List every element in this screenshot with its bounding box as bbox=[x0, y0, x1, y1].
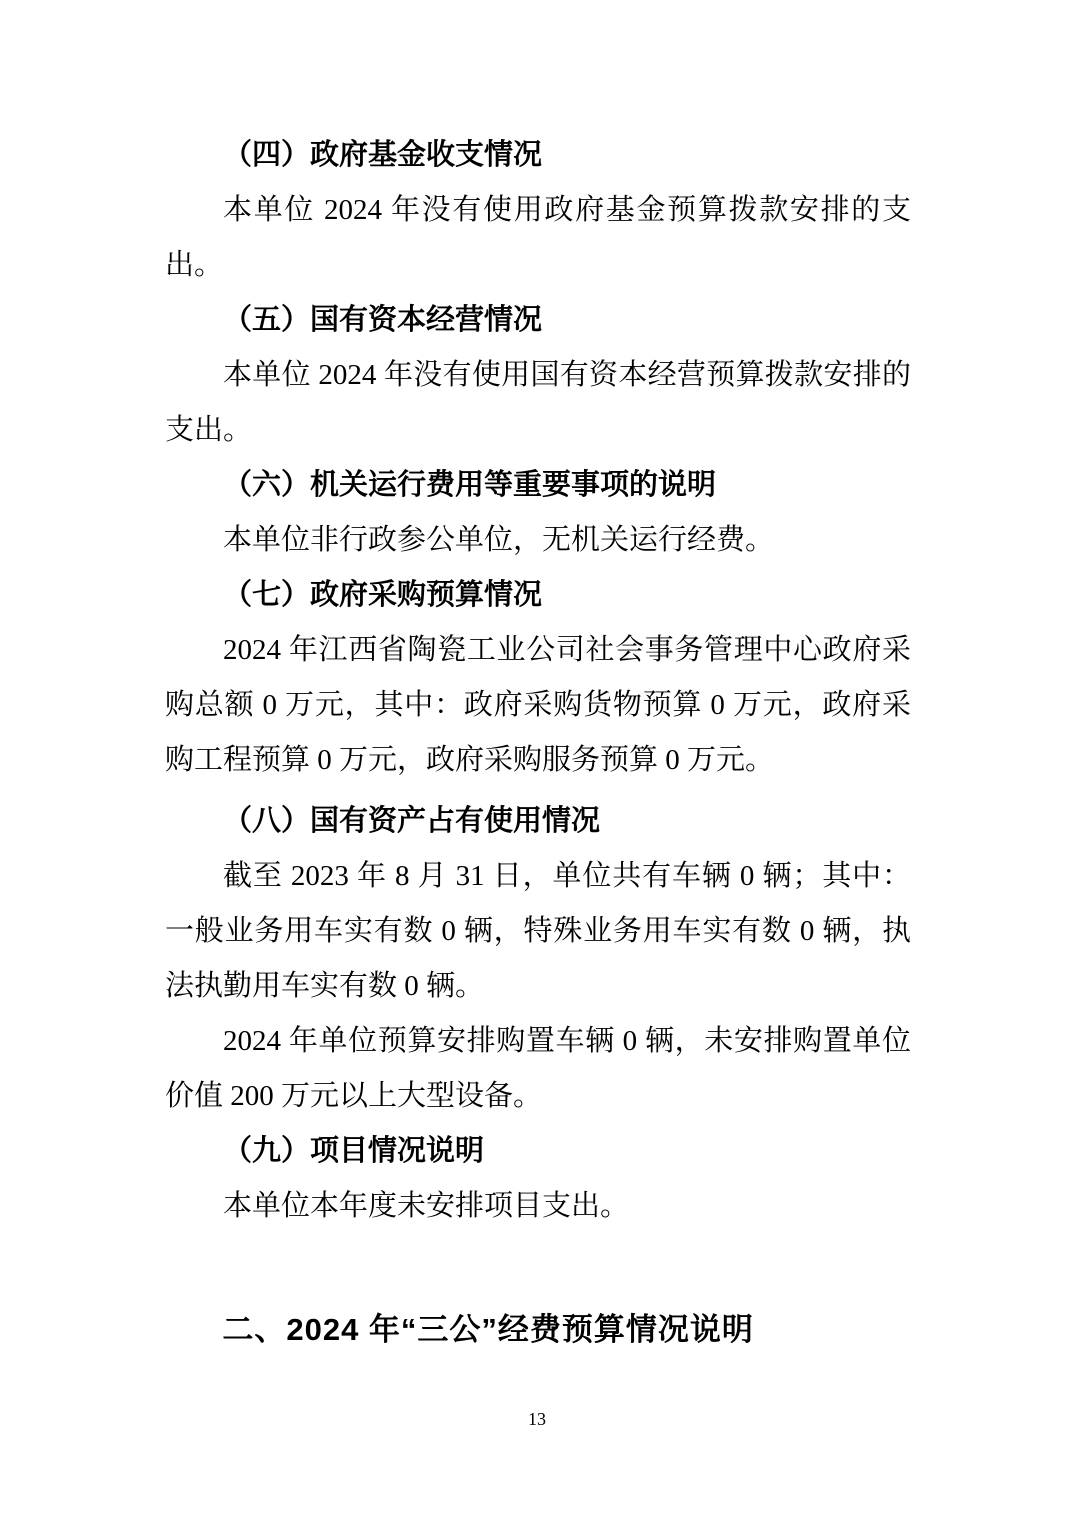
major-heading-three-public-funds: 二、2024 年“三公”经费预算情况说明 bbox=[165, 1302, 911, 1358]
document-page: （四）政府基金收支情况 本单位 2024 年没有使用政府基金预算拨款安排的支出。… bbox=[0, 0, 1074, 1520]
paragraph-government-fund: 本单位 2024 年没有使用政府基金预算拨款安排的支出。 bbox=[165, 183, 911, 293]
section-heading-five: （五）国有资本经营情况 bbox=[165, 293, 911, 348]
section-heading-seven: （七）政府采购预算情况 bbox=[165, 568, 911, 623]
paragraph-agency-operating-cost: 本单位非行政参公单位，无机关运行经费。 bbox=[165, 513, 911, 568]
page-number: 13 bbox=[0, 1409, 1074, 1430]
document-content: （四）政府基金收支情况 本单位 2024 年没有使用政府基金预算拨款安排的支出。… bbox=[165, 128, 911, 1358]
section-heading-eight: （八）国有资产占有使用情况 bbox=[165, 794, 911, 849]
section-heading-six: （六）机关运行费用等重要事项的说明 bbox=[165, 458, 911, 513]
paragraph-state-capital: 本单位 2024 年没有使用国有资本经营预算拨款安排的支出。 bbox=[165, 348, 911, 458]
section-heading-nine: （九）项目情况说明 bbox=[165, 1124, 911, 1179]
paragraph-project-expenditure: 本单位本年度未安排项目支出。 bbox=[165, 1179, 911, 1234]
paragraph-procurement-budget: 2024 年江西省陶瓷工业公司社会事务管理中心政府采购总额 0 万元，其中：政府… bbox=[165, 623, 911, 788]
section-heading-four: （四）政府基金收支情况 bbox=[165, 128, 911, 183]
paragraph-vehicle-purchase-plan: 2024 年单位预算安排购置车辆 0 辆，未安排购置单位价值 200 万元以上大… bbox=[165, 1014, 911, 1124]
paragraph-vehicles-owned: 截至 2023 年 8 月 31 日，单位共有车辆 0 辆；其中：一般业务用车实… bbox=[165, 849, 911, 1014]
